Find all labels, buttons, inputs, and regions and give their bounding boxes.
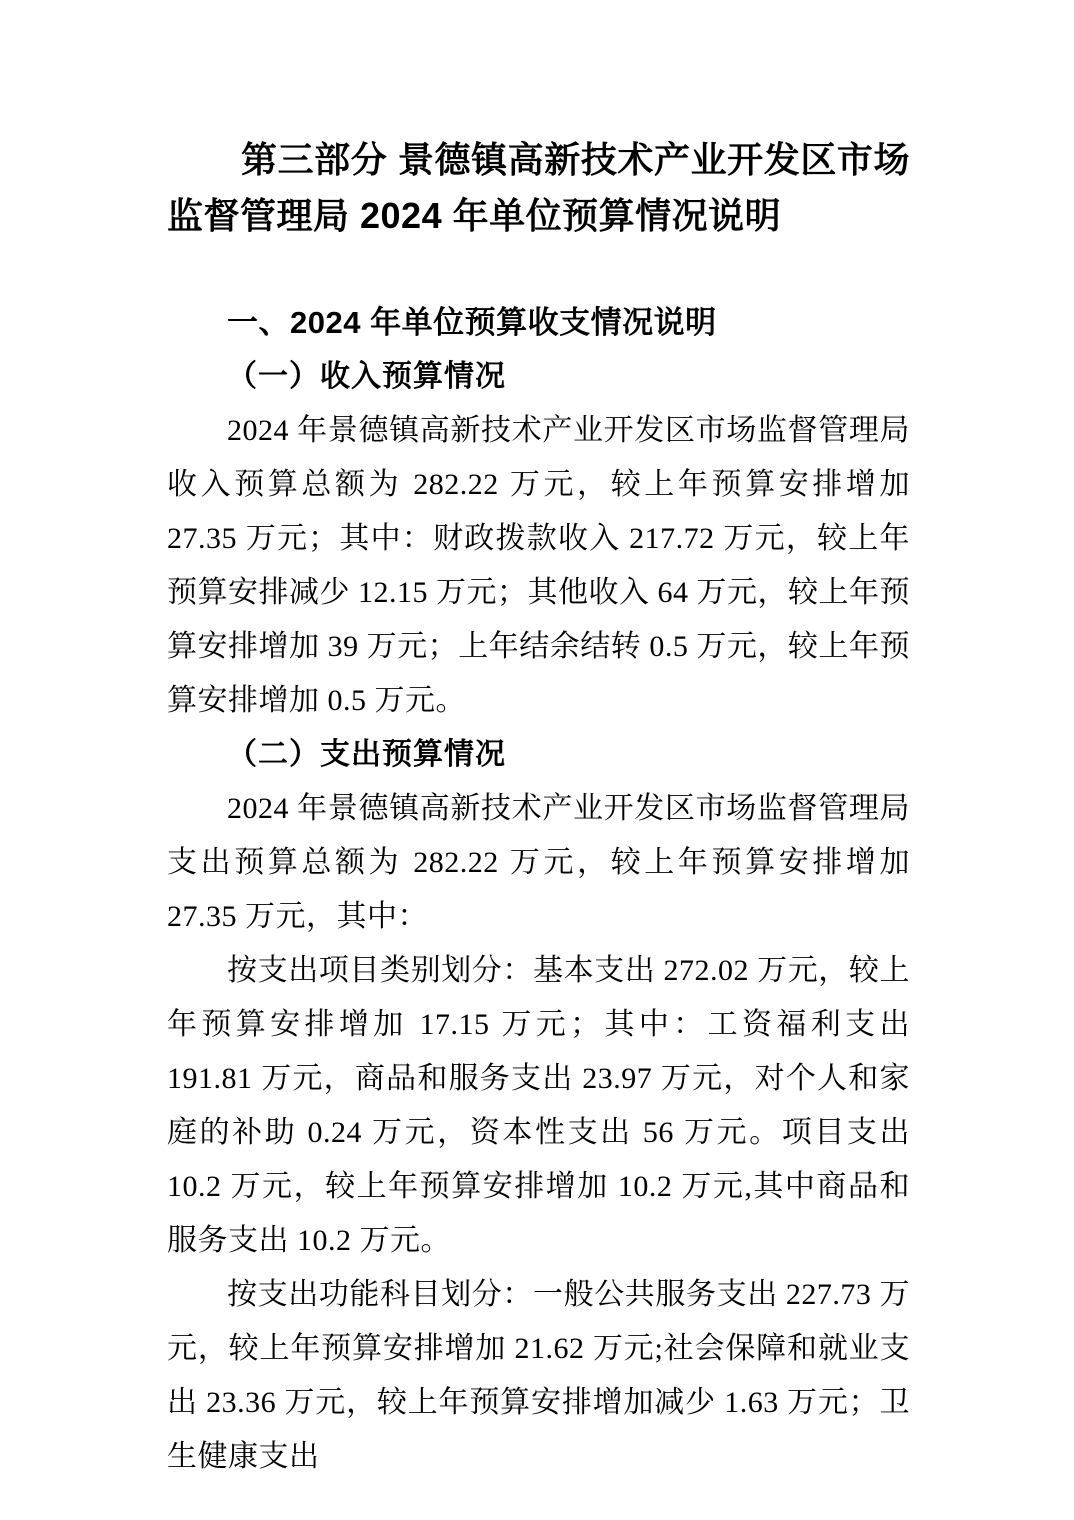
document-title: 第三部分 景德镇高新技术产业开发区市场监督管理局 2024 年单位预算情况说明 <box>167 132 910 244</box>
document-page-background: { "page": { "background_color": "#ffffff… <box>0 0 1074 1520</box>
paragraph-expenditure-by-function: 按支出功能科目划分：一般公共服务支出 227.73 万元，较上年预算安排增加 2… <box>167 1268 910 1484</box>
paragraph-income-budget: 2024 年景德镇高新技术产业开发区市场监督管理局收入预算总额为 282.22 … <box>167 404 910 728</box>
document-content: 第三部分 景德镇高新技术产业开发区市场监督管理局 2024 年单位预算情况说明 … <box>167 0 910 1484</box>
document-page: 第三部分 景德镇高新技术产业开发区市场监督管理局 2024 年单位预算情况说明 … <box>0 0 1074 1520</box>
paragraph-expenditure-by-category: 按支出项目类别划分：基本支出 272.02 万元，较上年预算安排增加 17.15… <box>167 944 910 1268</box>
paragraph-expenditure-total: 2024 年景德镇高新技术产业开发区市场监督管理局支出预算总额为 282.22 … <box>167 782 910 944</box>
section-heading-budget-overview: 一、2024 年单位预算收支情况说明 <box>167 296 910 350</box>
subheading-income-budget: （一）收入预算情况 <box>167 350 910 404</box>
subheading-expenditure-budget: （二）支出预算情况 <box>167 728 910 782</box>
